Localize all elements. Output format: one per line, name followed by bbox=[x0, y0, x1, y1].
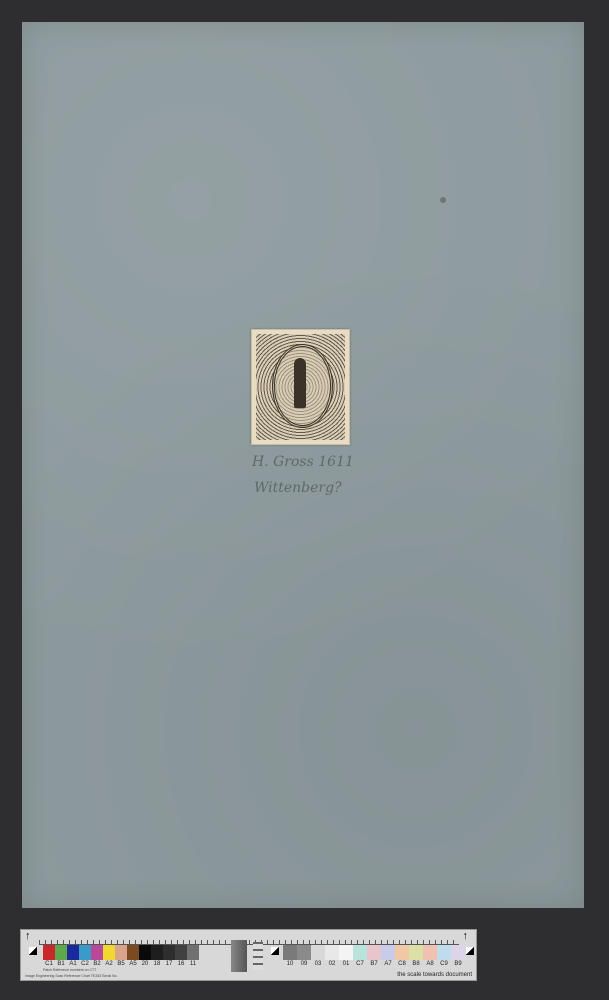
color-patch bbox=[311, 945, 325, 960]
color-patches-right bbox=[283, 945, 465, 960]
patch-label: B9 bbox=[451, 961, 465, 967]
checker-icon bbox=[271, 947, 279, 955]
color-patch bbox=[339, 945, 353, 960]
gray-mount-sheet: H. Gross 1611 Wittenberg? bbox=[22, 22, 584, 908]
patch-label: 02 bbox=[325, 961, 339, 967]
patch-label: C8 bbox=[395, 961, 409, 967]
patch-label: A8 bbox=[423, 961, 437, 967]
checker-icon bbox=[466, 947, 474, 955]
patch-label: B1 bbox=[55, 961, 67, 967]
patch-label: 16 bbox=[175, 961, 187, 967]
patch-label: A5 bbox=[127, 961, 139, 967]
color-patch bbox=[367, 945, 381, 960]
color-patch bbox=[151, 945, 163, 960]
color-patch bbox=[409, 945, 423, 960]
color-patch bbox=[451, 945, 465, 960]
figure bbox=[294, 358, 306, 408]
patch-label: C7 bbox=[353, 961, 367, 967]
color-patch bbox=[381, 945, 395, 960]
patch-label: B8 bbox=[409, 961, 423, 967]
patch-label: 03 bbox=[311, 961, 325, 967]
handwritten-note-1: H. Gross 1611 bbox=[252, 454, 354, 470]
patch-label: 11 bbox=[187, 961, 199, 967]
color-patch bbox=[43, 945, 55, 960]
color-patch bbox=[283, 945, 297, 960]
checker-icon bbox=[29, 947, 37, 955]
color-patch bbox=[163, 945, 175, 960]
patch-label: 18 bbox=[151, 961, 163, 967]
color-patch bbox=[297, 945, 311, 960]
gray-wedge bbox=[231, 940, 247, 972]
patch-label: B5 bbox=[115, 961, 127, 967]
color-patch bbox=[187, 945, 199, 960]
color-patch bbox=[55, 945, 67, 960]
color-patch bbox=[175, 945, 187, 960]
patch-label: 01 bbox=[339, 961, 353, 967]
up-arrow-icon: ↑ bbox=[463, 930, 469, 942]
patch-label: A1 bbox=[67, 961, 79, 967]
patch-label: B7 bbox=[367, 961, 381, 967]
patch-label: A2 bbox=[103, 961, 115, 967]
color-patches-left bbox=[43, 945, 199, 960]
patch-label: C2 bbox=[79, 961, 91, 967]
patch-label: B2 bbox=[91, 961, 103, 967]
patch-labels-left: C1B1A1C2B2A2B5A52018171611 bbox=[43, 961, 199, 967]
patch-label: 10 bbox=[283, 961, 297, 967]
patch-label: C9 bbox=[437, 961, 451, 967]
paper-spot bbox=[440, 197, 446, 203]
color-patch bbox=[115, 945, 127, 960]
color-patch bbox=[67, 945, 79, 960]
icon-column bbox=[253, 942, 263, 970]
card-footer: Image Engineering Scan Reference Chart T… bbox=[25, 974, 118, 978]
ruler bbox=[39, 936, 459, 945]
color-patch bbox=[353, 945, 367, 960]
color-patch bbox=[395, 945, 409, 960]
patch-label: A7 bbox=[381, 961, 395, 967]
patch-label: C1 bbox=[43, 961, 55, 967]
color-patch bbox=[103, 945, 115, 960]
color-patch bbox=[325, 945, 339, 960]
patch-caption: Patch Reference numbers on CTT bbox=[43, 968, 96, 972]
woodcut-print bbox=[251, 329, 350, 445]
color-patch bbox=[139, 945, 151, 960]
color-patch bbox=[437, 945, 451, 960]
patch-label: 20 bbox=[139, 961, 151, 967]
scale-note: the scale towards document bbox=[397, 972, 472, 978]
up-arrow-icon: ↑ bbox=[25, 930, 31, 942]
color-patch bbox=[79, 945, 91, 960]
color-patch bbox=[91, 945, 103, 960]
color-patch bbox=[127, 945, 139, 960]
color-patch bbox=[423, 945, 437, 960]
patch-label: 17 bbox=[163, 961, 175, 967]
color-reference-card: ↑ ↑ C1B1A1C2B2A2B5A52018171611 100903020… bbox=[20, 929, 477, 981]
patch-label: 09 bbox=[297, 961, 311, 967]
patch-labels-right: 1009030201C7B7A7C8B8A8C9B9 bbox=[283, 961, 465, 967]
handwritten-note-2: Wittenberg? bbox=[254, 480, 342, 496]
